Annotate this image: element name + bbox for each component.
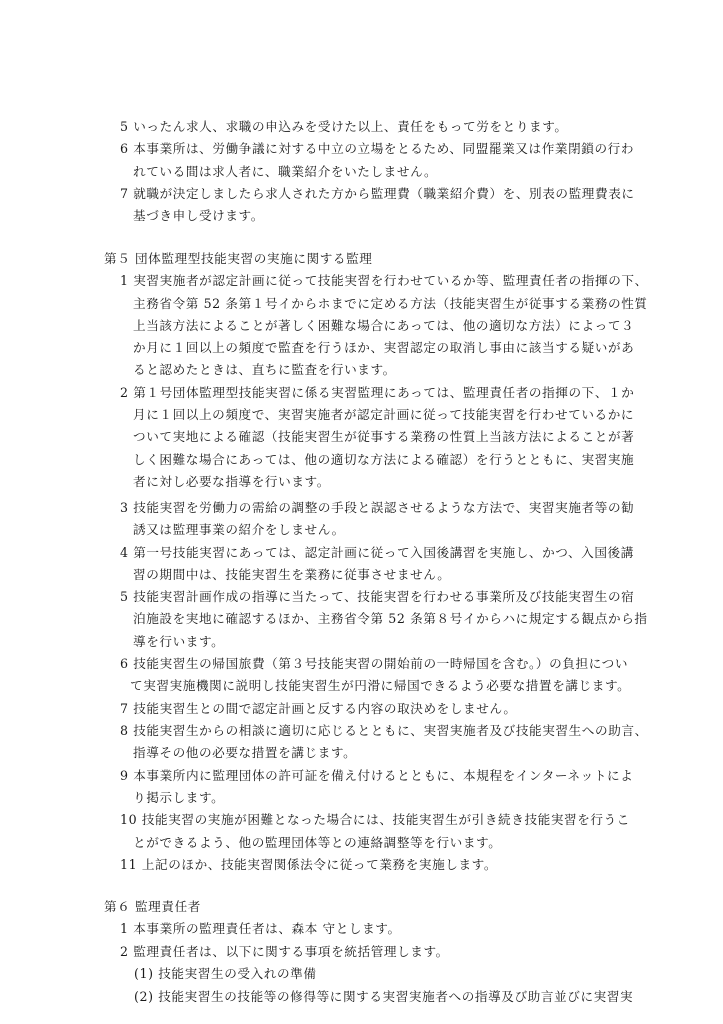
s5-item-2-line-5: 者に対し必要な指導を行います。	[133, 474, 330, 490]
s4-item-6-line-1: 6 本事業所は、労働争議に対する中立の立場をとるため、同盟罷業又は作業閉鎖の行わ	[120, 141, 634, 157]
s5-item-8-line-1: 8 技能実習生からの相談に適切に応じるとともに、実習実施者及び技能実習生への助言…	[120, 723, 648, 739]
s5-item-11-line-1: 11 上記のほか、技能実習関係法令に従って業務を実施します。	[120, 857, 497, 873]
document-page: 5 いったん求人、求職の申込みを受けた以上、責任をもって労をとります。 6 本事…	[0, 0, 723, 1024]
s5-item-4-line-1: 4 第一号技能実習にあっては、認定計画に従って入国後講習を実施し、かつ、入国後講	[120, 545, 634, 561]
s5-item-1-line-2: 主務省令第 52 条第１号イからホまでに定める方法（技能実習生が従事する業務の性…	[133, 296, 648, 312]
s5-item-1-line-3: 上当該方法によることが著しく困難な場合にあっては、他の適切な方法）によって３	[133, 318, 634, 334]
s5-item-9-line-1: 9 本事業所内に監理団体の許可証を備え付けるとともに、本規程をインターネットによ	[120, 768, 633, 784]
s5-item-1-line-1: 1 実習実施者が認定計画に従って技能実習を行わせているか等、監理責任者の指揮の下…	[120, 273, 648, 289]
s4-item-5-line-1: 5 いったん求人、求職の申込みを受けた以上、責任をもって労をとります。	[120, 119, 568, 135]
s5-item-5-line-1: 5 技能実習計画作成の指導に当たって、技能実習を行わせる事業所及び技能実習生の宿	[120, 589, 634, 605]
s5-item-7-line-1: 7 技能実習生との間で認定計画と反する内容の取決めをしません。	[120, 701, 517, 717]
section-5-heading: 第５ 団体監理型技能実習の実施に関する監理	[104, 251, 372, 267]
s5-item-2-line-3: ついて実地による確認（技能実習生が従事する業務の性質上当該方法によることが著	[133, 429, 634, 445]
s5-item-4-line-2: 習の期間中は、技能実習生を業務に従事させません。	[133, 567, 450, 583]
s5-item-3-line-1: 3 技能実習を労働力の需給の調整の手段と誤認させるような方法で、実習実施者等の勧	[120, 500, 634, 516]
s6-subitem-2-line-1: (2) 技能実習生の技能等の修得等に関する実習実施者への指導及び助言並びに実習実	[134, 989, 633, 1005]
s5-item-1-line-5: ると認めたときは、直ちに監査を行います。	[133, 362, 396, 378]
s4-item-7-line-2: 基づき申し受けます。	[133, 208, 264, 224]
s5-item-5-line-2: 泊施設を実地に確認するほか、主務省令第 52 条第８号イからハに規定する観点から…	[133, 611, 648, 627]
s6-item-2-line-1: 2 監理責任者は、以下に関する事項を統括管理します。	[120, 944, 449, 960]
s6-item-1-line-1: 1 本事業所の監理責任者は、森本 守とします。	[120, 921, 401, 937]
s5-item-9-line-2: り掲示します。	[133, 790, 224, 806]
section-6-heading: 第６ 監理責任者	[104, 899, 201, 915]
s5-item-6-line-2: て実習実施機関に説明し技能実習生が円滑に帰国できるよう必要な措置を講じます。	[130, 678, 630, 694]
s5-item-2-line-2: 月に１回以上の頻度で、実習実施者が認定計画に従って技能実習を行わせているかに	[133, 407, 634, 423]
s5-item-8-line-2: 指導その他の必要な措置を講じます。	[133, 745, 356, 761]
s6-subitem-1-line-1: (1) 技能実習生の受入れの準備	[134, 966, 317, 982]
s5-item-3-line-2: 誘又は監理事業の紹介をしません。	[133, 522, 345, 538]
s4-item-6-line-2: れている間は求人者に、職業紹介をいたしません。	[133, 164, 437, 180]
s5-item-2-line-4: しく困難な場合にあっては、他の適切な方法による確認）を行うとともに、実習実施	[133, 452, 634, 468]
s5-item-10-line-1: 10 技能実習の実施が困難となった場合には、技能実習生が引き続き技能実習を行うこ	[120, 812, 630, 828]
s4-item-7-line-1: 7 就職が決定しましたら求人された方から監理費（職業紹介費）を、別表の監理費表に	[120, 186, 635, 202]
s5-item-1-line-4: か月に１回以上の頻度で監査を行うほか、実習認定の取消し事由に該当する疑いがあ	[133, 340, 634, 356]
s5-item-5-line-3: 導を行います。	[133, 634, 224, 650]
s5-item-2-line-1: 2 第１号団体監理型技能実習に係る実習監理にあっては、監理責任者の指揮の下、１か	[120, 385, 634, 401]
s5-item-6-line-1: 6 技能実習生の帰国旅費（第３号技能実習の開始前の一時帰国を含む。）の負担につい	[120, 656, 628, 672]
s5-item-10-line-2: とができるよう、他の監理団体等との連絡調整等を行います。	[133, 835, 501, 851]
